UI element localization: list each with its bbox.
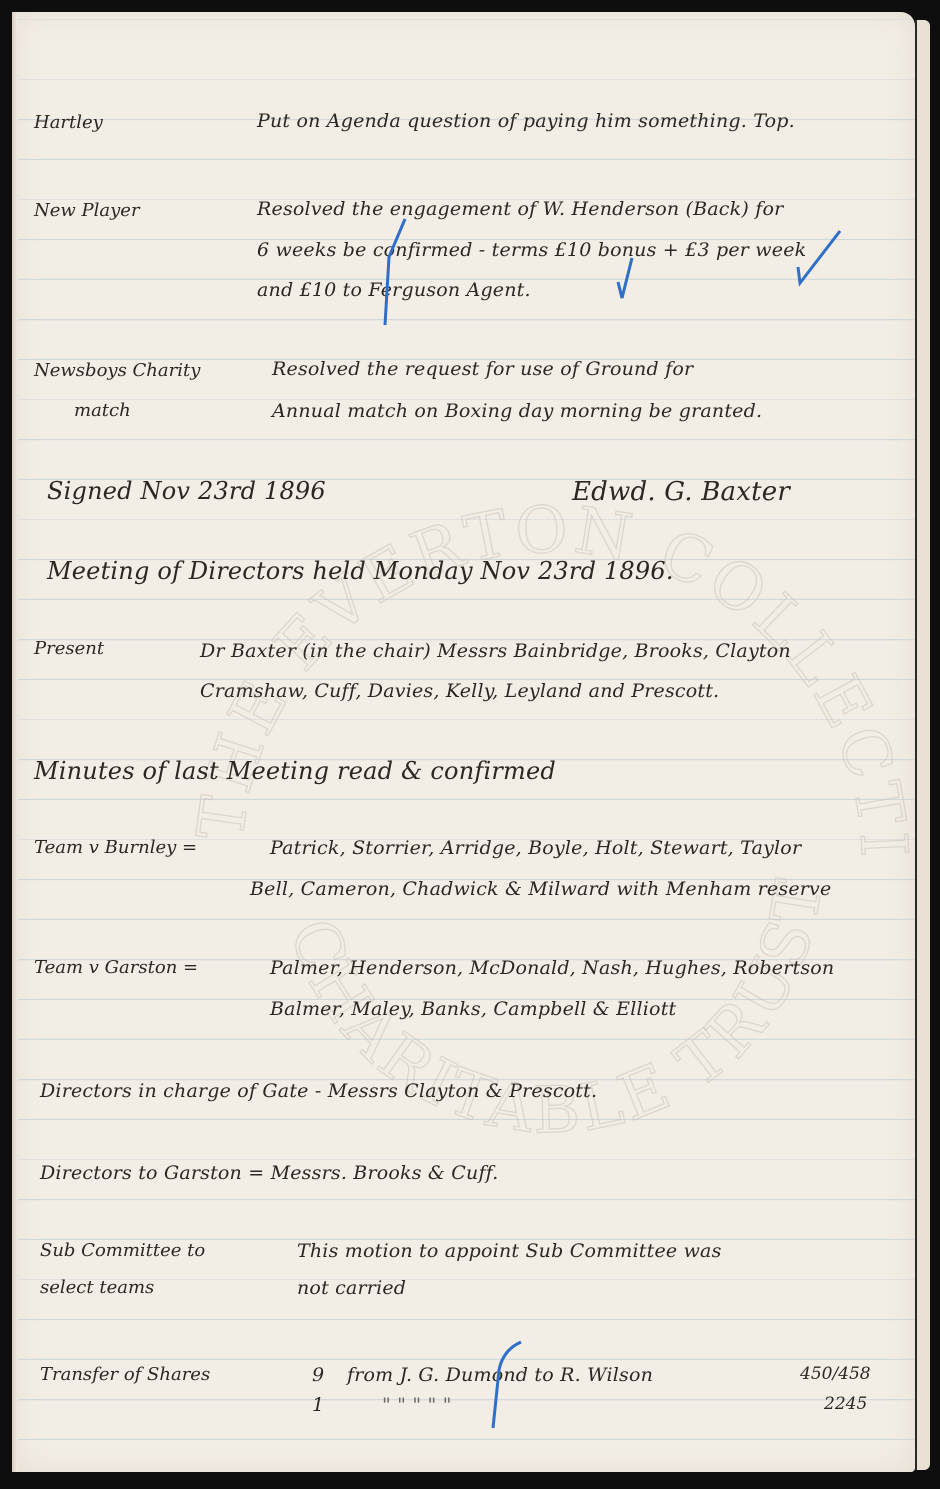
entry-label-hartley: Hartley bbox=[34, 112, 103, 133]
team-garston-label: Team v Garston = bbox=[34, 957, 198, 978]
team-burnley-label: Team v Burnley = bbox=[34, 837, 197, 858]
sub-committee-text-1: This motion to appoint Sub Committee was bbox=[297, 1240, 722, 1262]
team-garston-line-1: Palmer, Henderson, McDonald, Nash, Hughe… bbox=[270, 957, 834, 979]
entry-text-hartley: Put on Agenda question of paying him som… bbox=[257, 110, 795, 132]
transfer-number-2: 2245 bbox=[824, 1394, 867, 1414]
present-line-2: Cramshaw, Cuff, Davies, Kelly, Leyland a… bbox=[200, 680, 719, 702]
entry-label-newsboys: Newsboys Charity bbox=[34, 360, 200, 381]
minutes-confirmed: Minutes of last Meeting read & confirmed bbox=[34, 757, 556, 785]
entry-label-new-player: New Player bbox=[34, 200, 140, 221]
signed-date: Signed Nov 23rd 1896 bbox=[47, 477, 326, 505]
transfer-qty-2: 1 bbox=[312, 1394, 324, 1416]
minute-book-page: THE EVERTON COLLECTION CHARITABLE TRUST … bbox=[12, 12, 915, 1472]
present-label: Present bbox=[34, 638, 104, 659]
underlying-page-edge bbox=[915, 20, 930, 1470]
meeting-heading: Meeting of Directors held Monday Nov 23r… bbox=[47, 557, 674, 585]
sub-committee-label-2: select teams bbox=[40, 1277, 154, 1298]
present-line-1: Dr Baxter (in the chair) Messrs Bainbrid… bbox=[200, 640, 791, 662]
sub-committee-text-2: not carried bbox=[297, 1277, 406, 1299]
team-garston-line-2: Balmer, Maley, Banks, Campbell & Elliott bbox=[270, 998, 676, 1020]
entry-text-newsboys-1: Resolved the request for use of Ground f… bbox=[272, 358, 693, 380]
transfer-number-1: 450/458 bbox=[800, 1364, 871, 1384]
transfer-label: Transfer of Shares bbox=[40, 1364, 210, 1385]
directors-garston: Directors to Garston = Messrs. Brooks & … bbox=[40, 1162, 498, 1184]
signature: Edwd. G. Baxter bbox=[572, 477, 790, 507]
transfer-qty-1: 9 bbox=[312, 1364, 324, 1386]
team-burnley-line-1: Patrick, Storrier, Arridge, Boyle, Holt,… bbox=[270, 837, 801, 859]
entry-text-new-player-2: 6 weeks be confirmed - terms £10 bonus +… bbox=[257, 239, 806, 261]
transfer-text-1: from J. G. Dumond to R. Wilson bbox=[347, 1364, 653, 1386]
entry-label-newsboys-2: match bbox=[74, 400, 131, 421]
entry-text-newsboys-2: Annual match on Boxing day morning be gr… bbox=[272, 400, 762, 422]
sub-committee-label-1: Sub Committee to bbox=[40, 1240, 205, 1261]
transfer-ditto-2: " " " " " bbox=[382, 1394, 452, 1416]
directors-gate: Directors in charge of Gate - Messrs Cla… bbox=[40, 1080, 597, 1102]
entry-text-new-player-1: Resolved the engagement of W. Henderson … bbox=[257, 198, 783, 220]
page-binding-edge bbox=[12, 12, 18, 1472]
team-burnley-line-2: Bell, Cameron, Chadwick & Milward with M… bbox=[250, 878, 831, 900]
entry-text-new-player-3: and £10 to Ferguson Agent. bbox=[257, 279, 531, 301]
